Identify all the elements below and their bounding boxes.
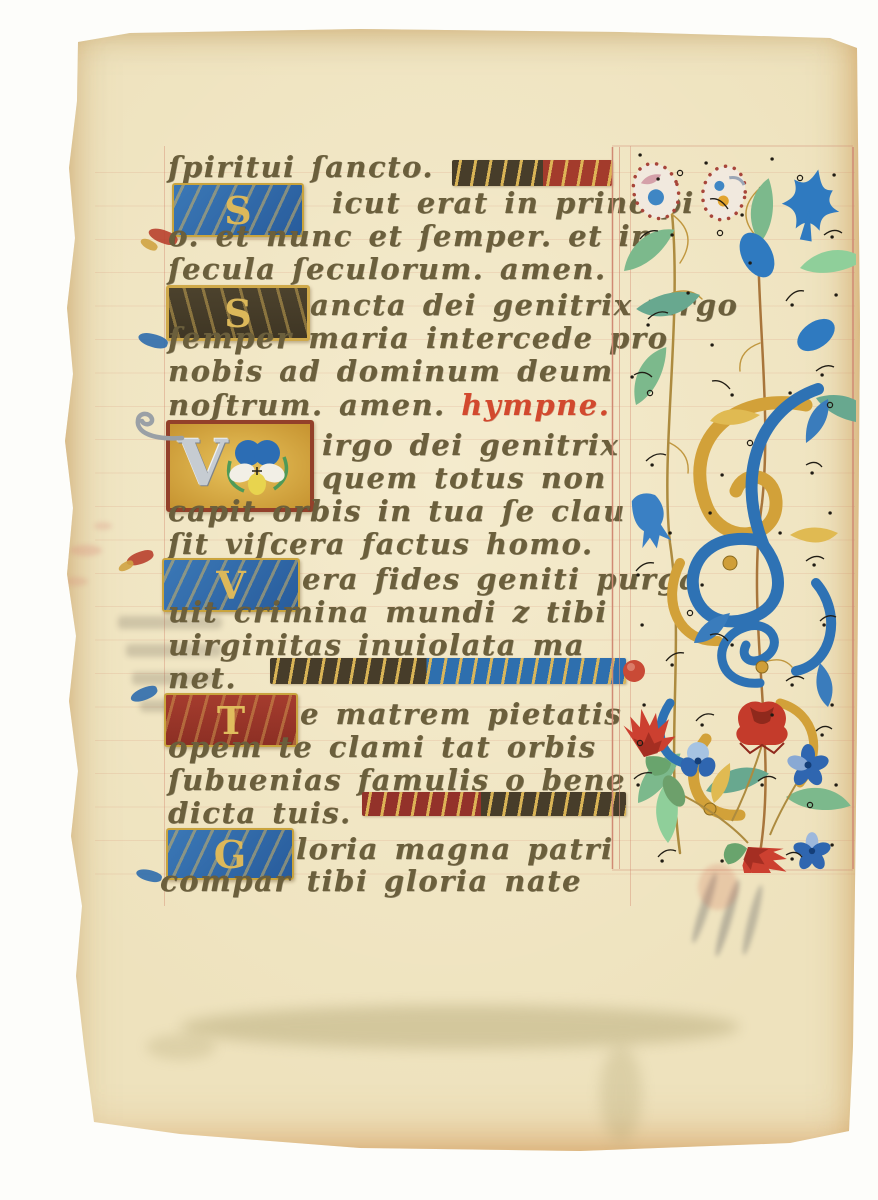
bell-flower — [629, 490, 673, 552]
red-offset-smudge — [64, 577, 88, 586]
stain — [146, 1034, 216, 1060]
line-text: capit orbis in tua ſe clau — [168, 494, 626, 528]
rubric-label: hympne. — [461, 388, 610, 422]
text-line: opem te clami tat orbis — [168, 730, 596, 764]
text-line: compar tibi gloria nate — [160, 864, 582, 898]
blue-leaf — [791, 312, 840, 357]
red-offset-smudge — [70, 545, 102, 556]
line-text: e matrem pietatis — [300, 697, 622, 731]
line-text: uirginitas inuiolata ma — [168, 628, 585, 662]
blue-leaf — [732, 227, 781, 283]
text-line: ſecula ſeculorum. amen. — [168, 252, 606, 286]
line-filler-bar — [270, 658, 626, 684]
text-line: ſpiritui ſancto. — [168, 150, 434, 184]
line-text: ſecula ſeculorum. amen. — [168, 252, 606, 286]
line-text: loria magna patri — [296, 832, 614, 866]
line-filler-bar — [362, 792, 626, 816]
line-text: uit crimina mundi z tibi — [168, 595, 608, 629]
line-text: dicta tuis. — [168, 796, 352, 830]
carnation — [716, 825, 796, 873]
line-filler-bar — [452, 160, 612, 186]
violet — [792, 832, 833, 872]
seed-pod — [626, 158, 685, 225]
red-berry — [623, 660, 645, 682]
floral-border — [610, 143, 856, 873]
columbine-flower — [776, 164, 846, 245]
stain — [180, 1005, 740, 1049]
pansy-icon — [222, 431, 292, 501]
text-line: noſtrum. amen. hympne. — [168, 388, 610, 422]
text-line: capit orbis in tua ſe clau — [168, 494, 626, 528]
text-line: uit crimina mundi z tibi — [168, 595, 608, 629]
line-text: noſtrum. amen. — [168, 388, 446, 422]
line-text: net. — [168, 661, 237, 695]
gold-ball — [756, 661, 768, 673]
red-wash-smudge — [698, 864, 738, 910]
line-text: quem totus non — [322, 461, 607, 495]
text-line: net. — [168, 661, 237, 695]
text-block-left-rule — [164, 146, 165, 906]
text-line: nobis ad dominum deum — [168, 354, 614, 388]
text-line: uirginitas inuiolata ma — [168, 628, 585, 662]
stain — [600, 1046, 642, 1142]
line-text: ſpiritui ſancto. — [168, 150, 434, 184]
line-text: compar tibi gloria nate — [160, 864, 582, 898]
red-offset-smudge — [94, 522, 112, 530]
text-line: o. et nunc et ſemper. et in — [168, 219, 654, 253]
line-text: ſit viſcera factus homo. — [168, 527, 593, 561]
line-text: ſemper maria intercede pro — [168, 321, 668, 355]
text-line: e matrem pietatis — [300, 697, 622, 731]
line-text: opem te clami tat orbis — [168, 730, 596, 764]
scanner-background: ſpiritui ſancto. S icut erat in principi… — [0, 0, 878, 1200]
text-line: ſemper maria intercede pro — [168, 321, 668, 355]
line-text: nobis ad dominum deum — [168, 354, 614, 388]
text-line: irgo dei genitrix — [322, 428, 619, 462]
text-line: ſit viſcera factus homo. — [168, 527, 593, 561]
rose — [736, 701, 787, 753]
line-text: irgo dei genitrix — [322, 428, 619, 462]
manuscript-leaf: ſpiritui ſancto. S icut erat in principi… — [60, 26, 862, 1158]
text-line: quem totus non — [322, 461, 607, 495]
gold-ball — [723, 556, 737, 570]
violet — [785, 744, 830, 788]
text-line: dicta tuis. — [168, 796, 352, 830]
line-text: o. et nunc et ſemper. et in — [168, 219, 654, 253]
silver-hook-flourish — [132, 410, 186, 444]
text-line: loria magna patri — [296, 832, 614, 866]
